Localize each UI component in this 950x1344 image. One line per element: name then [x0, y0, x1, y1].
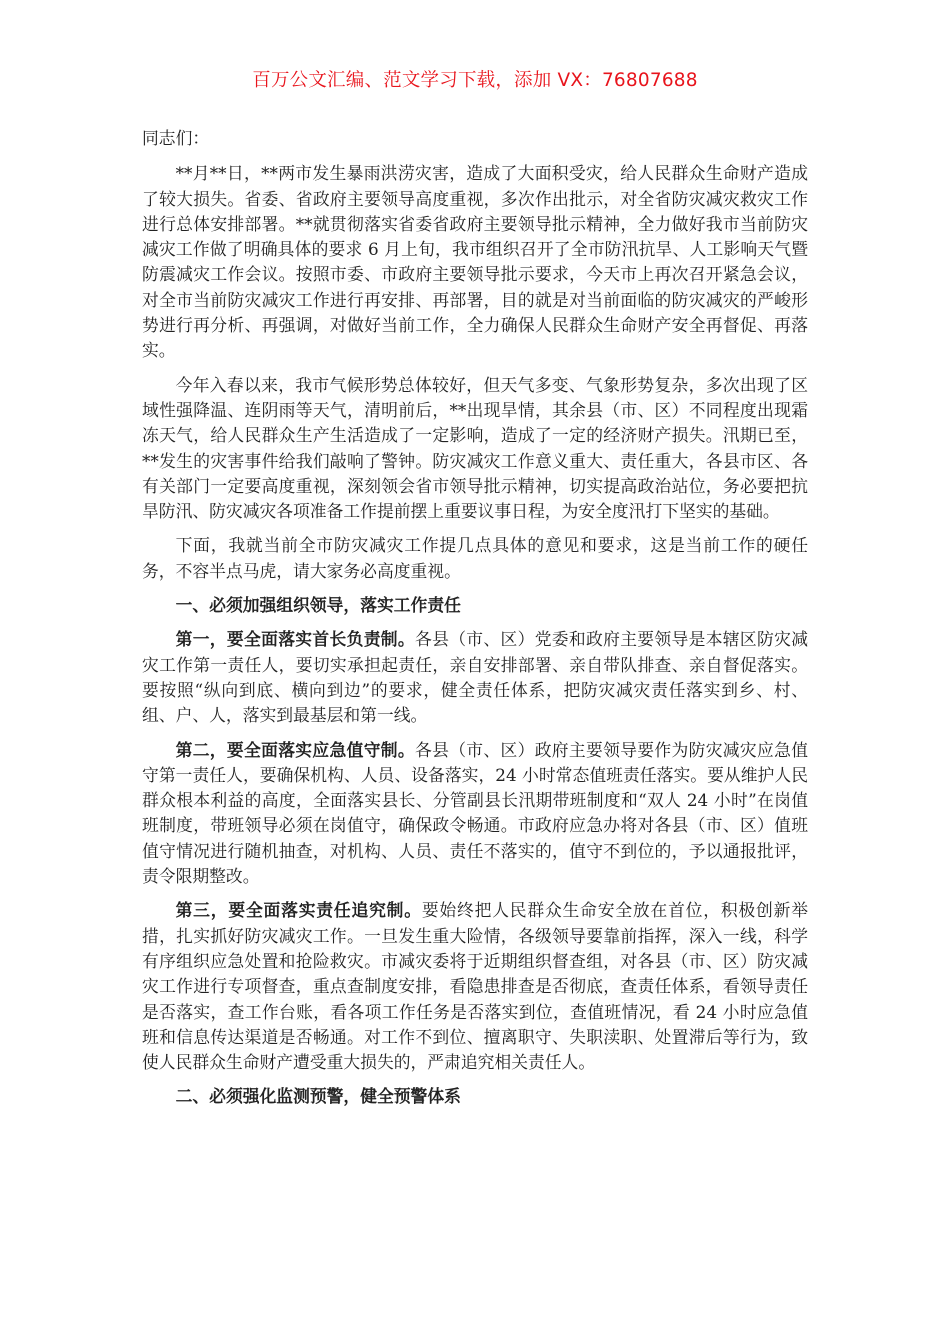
- paragraph-text: 下面，我就当前全市防灾减灾工作提几点具体的意见和要求，这是当前工作的硬任务，不容…: [142, 535, 808, 580]
- paragraph-text: 今年入春以来，我市气候形势总体较好，但天气多变、气象形势复杂，多次出现了区域性强…: [142, 375, 808, 521]
- paragraph-first: 第一，要全面落实首长负责制。各县（市、区）党委和政府主要领导是本辖区防灾减灾工作…: [142, 627, 808, 728]
- section-heading-1: 一、必须加强组织领导，落实工作责任: [142, 593, 808, 618]
- section-heading-2: 二、必须强化监测预警，健全预警体系: [142, 1084, 808, 1109]
- paragraph-text: **月**日，**两市发生暴雨洪涝灾害，造成了大面积受灾，给人民群众生命财产造成…: [142, 163, 808, 360]
- paragraph-third: 第三，要全面落实责任追究制。要始终把人民群众生命安全放在首位，积极创新举措，扎实…: [142, 898, 808, 1075]
- paragraph-1: **月**日，**两市发生暴雨洪涝灾害，造成了大面积受灾，给人民群众生命财产造成…: [142, 161, 808, 363]
- paragraph-3: 下面，我就当前全市防灾减灾工作提几点具体的意见和要求，这是当前工作的硬任务，不容…: [142, 533, 808, 584]
- paragraph-lead: 第一，要全面落实首长负责制。: [176, 629, 415, 649]
- document-body: 同志们： **月**日，**两市发生暴雨洪涝灾害，造成了大面积受灾，给人民群众生…: [142, 126, 808, 1119]
- paragraph-second: 第二，要全面落实应急值守制。各县（市、区）政府主要领导要作为防灾减灾应急值守第一…: [142, 738, 808, 890]
- paragraph-lead: 第三，要全面落实责任追究制。: [176, 900, 422, 920]
- watermark-banner: 百万公文汇编、范文学习下载，添加 VX：76807688: [0, 66, 950, 92]
- document-page: 百万公文汇编、范文学习下载，添加 VX：76807688 同志们： **月**日…: [0, 0, 950, 1344]
- paragraph-text: 要始终把人民群众生命安全放在首位，积极创新举措，扎实抓好防灾减灾工作。一旦发生重…: [142, 900, 808, 1072]
- salutation: 同志们：: [142, 126, 808, 151]
- paragraph-2: 今年入春以来，我市气候形势总体较好，但天气多变、气象形势复杂，多次出现了区域性强…: [142, 373, 808, 525]
- paragraph-text: 各县（市、区）政府主要领导要作为防灾减灾应急值守第一责任人，要确保机构、人员、设…: [142, 740, 808, 886]
- paragraph-lead: 第二，要全面落实应急值守制。: [176, 740, 415, 760]
